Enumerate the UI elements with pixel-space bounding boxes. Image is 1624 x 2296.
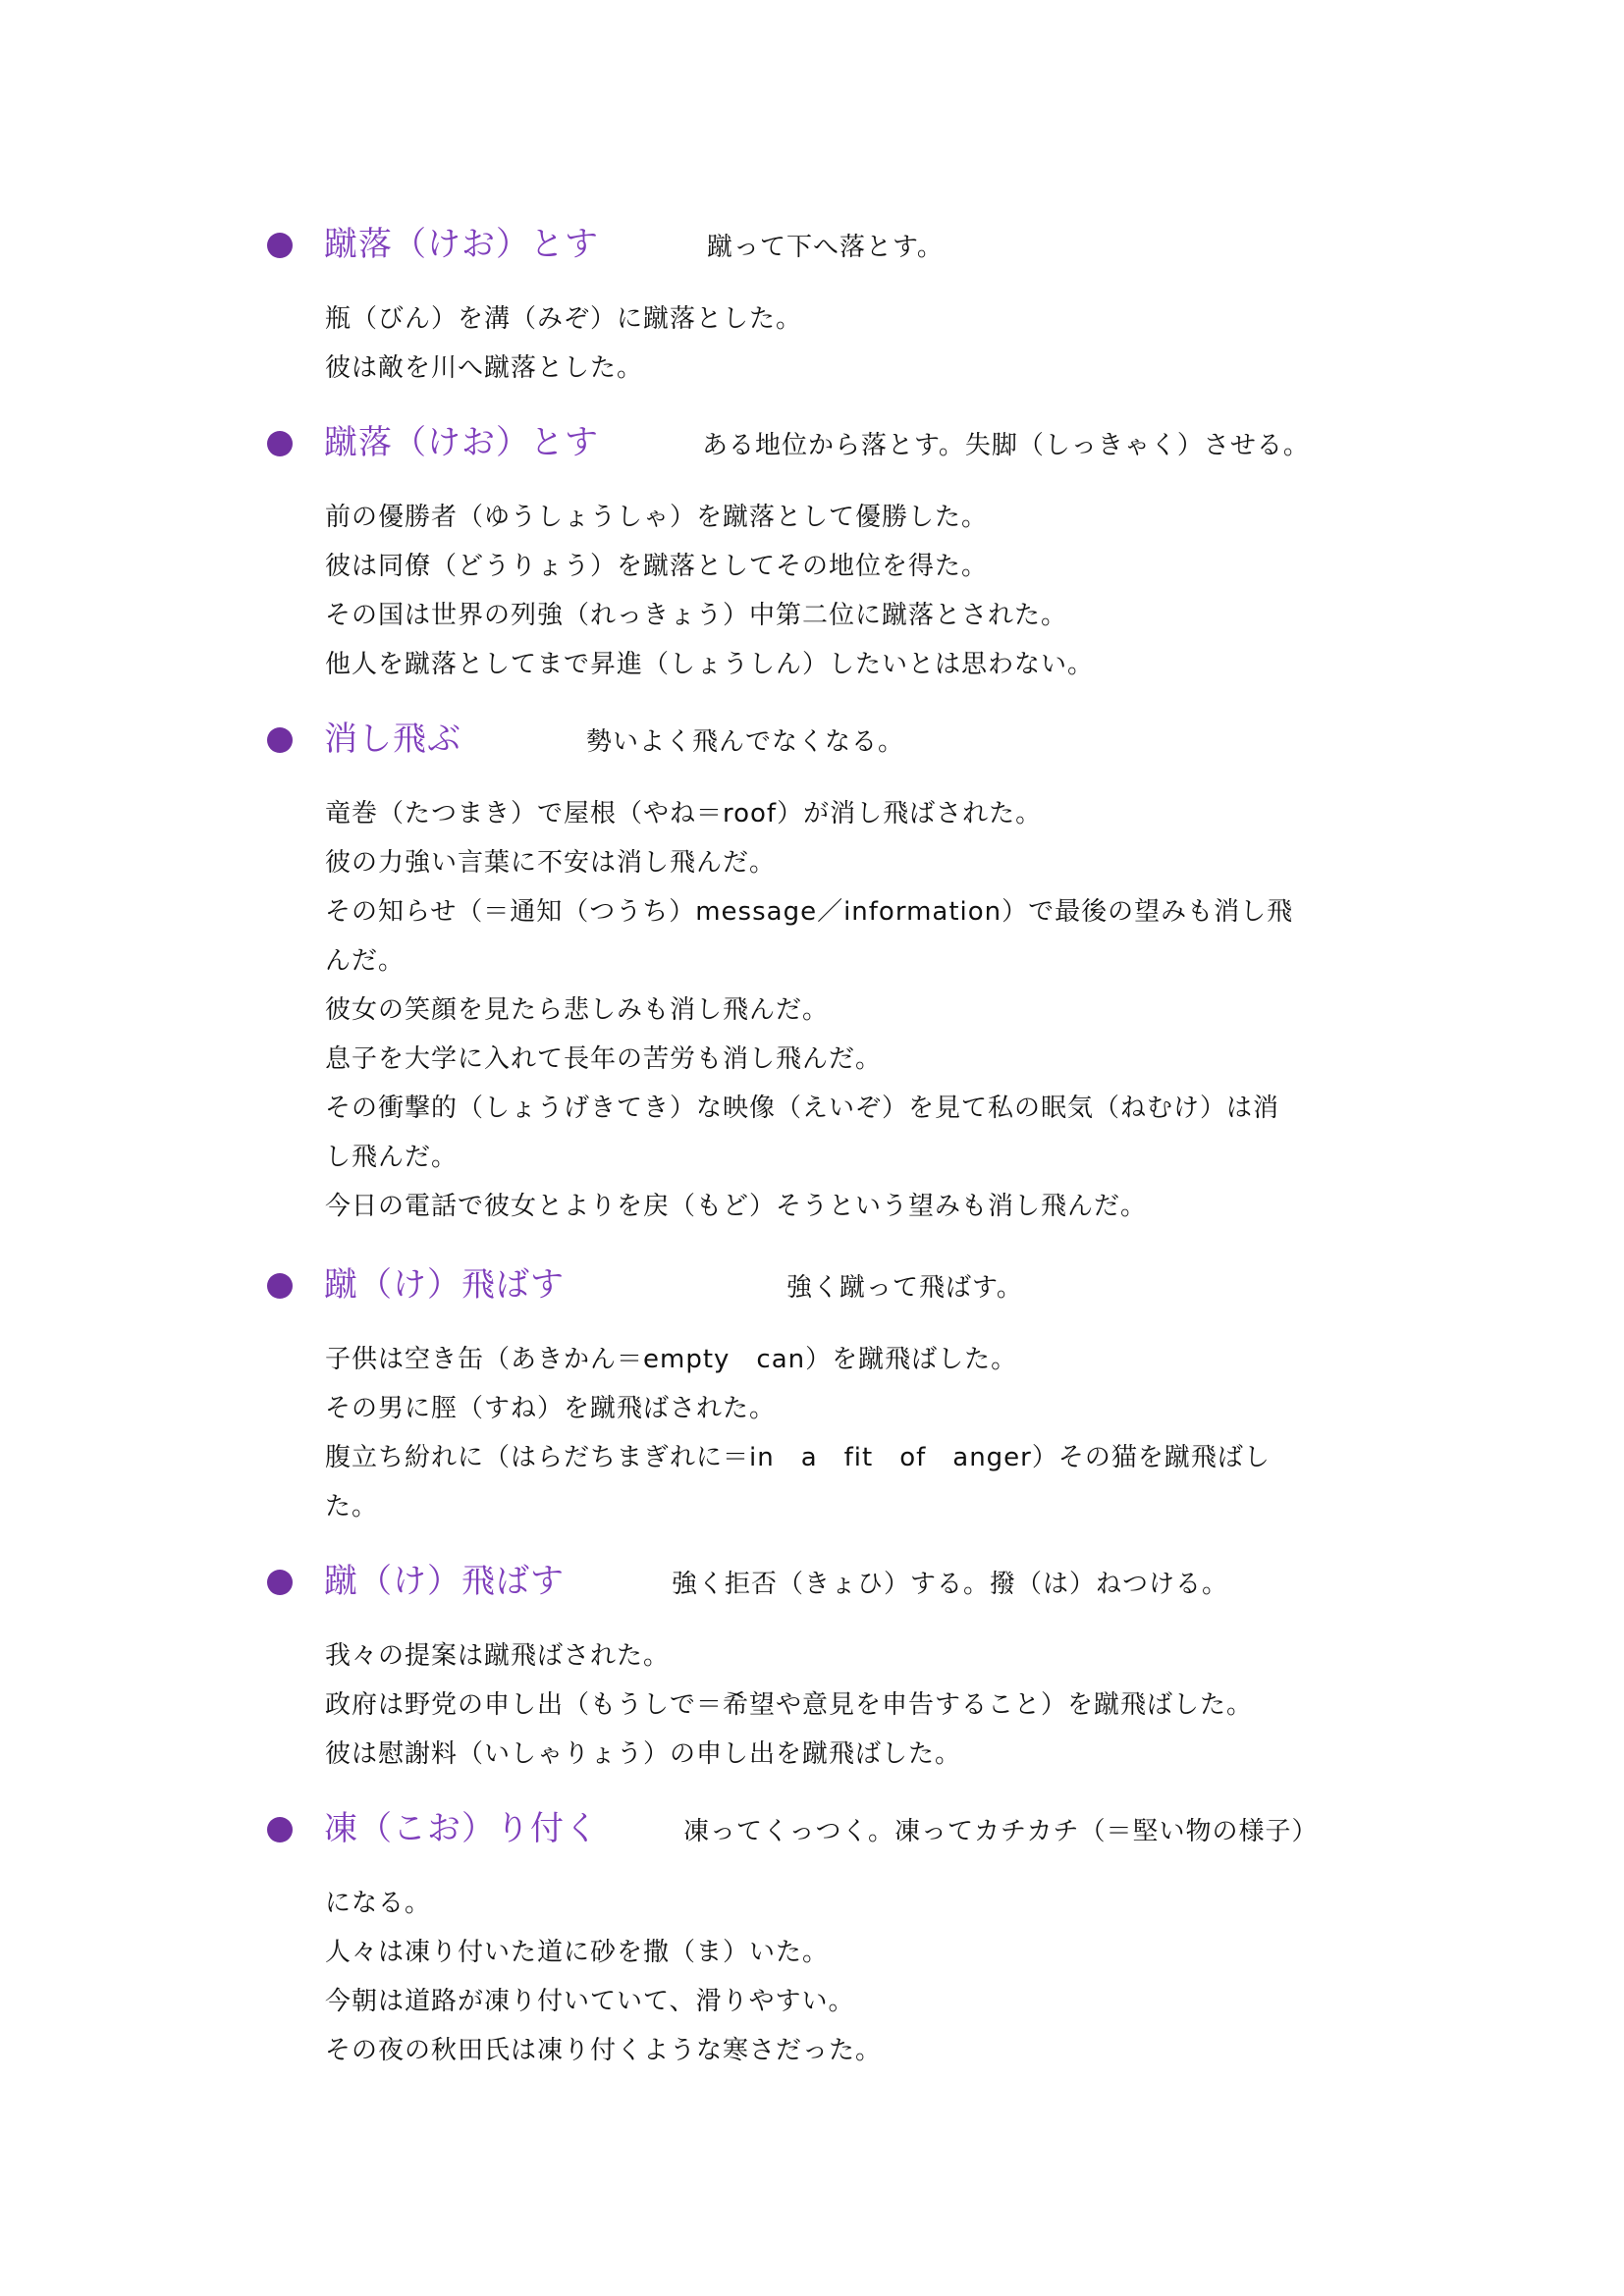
vocab-entry: 消し飛ぶ 勢いよく飛んでなくなる。 竜巻（たつまき）で屋根（やね＝roof）が消…	[0, 711, 1624, 770]
example-sentence: 竜巻（たつまき）で屋根（やね＝roof）が消し飛ばされた。	[325, 789, 1293, 838]
example-list: 前の優勝者（ゆうしょうしゃ）を蹴落として優勝した。 彼は同僚（どうりょう）を蹴落…	[325, 493, 1094, 689]
entry-heading: 蹴（け）飛ばす 強く蹴って飛ばす。	[0, 1256, 1624, 1315]
example-sentence: その知らせ（＝通知（つうち）message／information）で最後の望み…	[325, 887, 1293, 936]
example-sentence: 人々は凍り付いた道に砂を撒（ま）いた。	[325, 1928, 882, 1977]
definition: 強く拒否（きょひ）する。撥（は）ねつける。	[672, 1563, 1228, 1606]
example-sentence: 子供は空き缶（あきかん＝empty can）を蹴飛ばした。	[325, 1335, 1271, 1384]
term: 蹴落（けお）とす	[324, 220, 599, 269]
example-sentence: その国は世界の列強（れっきょう）中第二位に蹴落とされた。	[325, 591, 1094, 640]
vocab-entry: 凍（こお）り付く 凍ってくっつく。凍ってカチカチ（＝堅い物の様子） になる。 人…	[0, 1800, 1624, 1859]
vocab-entry: 蹴落（けお）とす ある地位から落とす。失脚（しっきゃく）させる。 前の優勝者（ゆ…	[0, 414, 1624, 473]
example-sentence: 今朝は道路が凍り付いていて、滑りやすい。	[325, 1977, 882, 2026]
definition: ある地位から落とす。失脚（しっきゃく）させる。	[702, 424, 1310, 467]
example-sentence: 我々の提案は蹴飛ばされた。	[325, 1631, 1253, 1681]
example-sentence: 政府は野党の申し出（もうしで＝希望や意見を申告すること）を蹴飛ばした。	[325, 1681, 1253, 1730]
example-sentence: 彼の力強い言葉に不安は消し飛んだ。	[325, 838, 1293, 887]
example-sentence: になる。	[325, 1879, 882, 1928]
example-list: 子供は空き缶（あきかん＝empty can）を蹴飛ばした。 その男に脛（すね）を…	[325, 1335, 1271, 1531]
entry-heading: 蹴（け）飛ばす 強く拒否（きょひ）する。撥（は）ねつける。	[0, 1553, 1624, 1612]
document-page: 蹴落（けお）とす 蹴って下へ落とす。 瓶（びん）を溝（みぞ）に蹴落とした。 彼は…	[0, 0, 1624, 2296]
entry-heading: 凍（こお）り付く 凍ってくっつく。凍ってカチカチ（＝堅い物の様子）	[0, 1800, 1624, 1859]
example-list: 竜巻（たつまき）で屋根（やね＝roof）が消し飛ばされた。 彼の力強い言葉に不安…	[325, 789, 1293, 1231]
definition: 蹴って下へ落とす。	[707, 226, 944, 269]
definition: 勢いよく飛んでなくなる。	[586, 721, 904, 764]
example-sentence: た。	[325, 1482, 1271, 1531]
example-sentence: その男に脛（すね）を蹴飛ばされた。	[325, 1384, 1271, 1433]
example-list: になる。 人々は凍り付いた道に砂を撒（ま）いた。 今朝は道路が凍り付いていて、滑…	[325, 1879, 882, 2075]
term: 蹴（け）飛ばす	[324, 1260, 565, 1309]
bullet-icon	[267, 233, 293, 258]
term: 凍（こお）り付く	[324, 1804, 599, 1853]
term: 蹴落（けお）とす	[324, 418, 599, 467]
example-sentence: その夜の秋田氏は凍り付くような寒さだった。	[325, 2026, 882, 2075]
bullet-icon	[267, 1817, 293, 1842]
entry-heading: 消し飛ぶ 勢いよく飛んでなくなる。	[0, 711, 1624, 770]
example-sentence: 瓶（びん）を溝（みぞ）に蹴落とした。	[325, 294, 802, 344]
example-sentence: 今日の電話で彼女とよりを戻（もど）そうという望みも消し飛んだ。	[325, 1182, 1293, 1231]
example-sentence: 彼女の笑顔を見たら悲しみも消し飛んだ。	[325, 986, 1293, 1035]
term: 消し飛ぶ	[324, 715, 461, 764]
example-list: 瓶（びん）を溝（みぞ）に蹴落とした。 彼は敵を川へ蹴落とした。	[325, 294, 802, 393]
example-sentence: 彼は慰謝料（いしゃりょう）の申し出を蹴飛ばした。	[325, 1730, 1253, 1779]
example-sentence: 腹立ち紛れに（はらだちまぎれに＝in a fit of anger）その猫を蹴飛…	[325, 1433, 1271, 1482]
vocab-entry: 蹴（け）飛ばす 強く拒否（きょひ）する。撥（は）ねつける。 我々の提案は蹴飛ばさ…	[0, 1553, 1624, 1612]
example-sentence: 前の優勝者（ゆうしょうしゃ）を蹴落として優勝した。	[325, 493, 1094, 542]
example-sentence: 他人を蹴落としてまで昇進（しょうしん）したいとは思わない。	[325, 640, 1094, 689]
example-sentence: 彼は敵を川へ蹴落とした。	[325, 344, 802, 393]
vocab-entry: 蹴（け）飛ばす 強く蹴って飛ばす。 子供は空き缶（あきかん＝empty can）…	[0, 1256, 1624, 1315]
example-sentence: その衝撃的（しょうげきてき）な映像（えいぞ）を見て私の眠気（ねむけ）は消	[325, 1084, 1293, 1133]
example-sentence: 彼は同僚（どうりょう）を蹴落としてその地位を得た。	[325, 542, 1094, 591]
bullet-icon	[267, 1273, 293, 1299]
example-sentence: し飛んだ。	[325, 1133, 1293, 1182]
example-sentence: んだ。	[325, 936, 1293, 986]
entry-heading: 蹴落（けお）とす ある地位から落とす。失脚（しっきゃく）させる。	[0, 414, 1624, 473]
bullet-icon	[267, 727, 293, 753]
vocab-entry: 蹴落（けお）とす 蹴って下へ落とす。 瓶（びん）を溝（みぞ）に蹴落とした。 彼は…	[0, 216, 1624, 275]
definition: 強く蹴って飛ばす。	[786, 1266, 1023, 1309]
example-list: 我々の提案は蹴飛ばされた。 政府は野党の申し出（もうしで＝希望や意見を申告するこ…	[325, 1631, 1253, 1779]
entry-heading: 蹴落（けお）とす 蹴って下へ落とす。	[0, 216, 1624, 275]
bullet-icon	[267, 1570, 293, 1595]
definition: 凍ってくっつく。凍ってカチカチ（＝堅い物の様子）	[683, 1810, 1318, 1853]
term: 蹴（け）飛ばす	[324, 1557, 565, 1606]
bullet-icon	[267, 431, 293, 456]
example-sentence: 息子を大学に入れて長年の苦労も消し飛んだ。	[325, 1035, 1293, 1084]
